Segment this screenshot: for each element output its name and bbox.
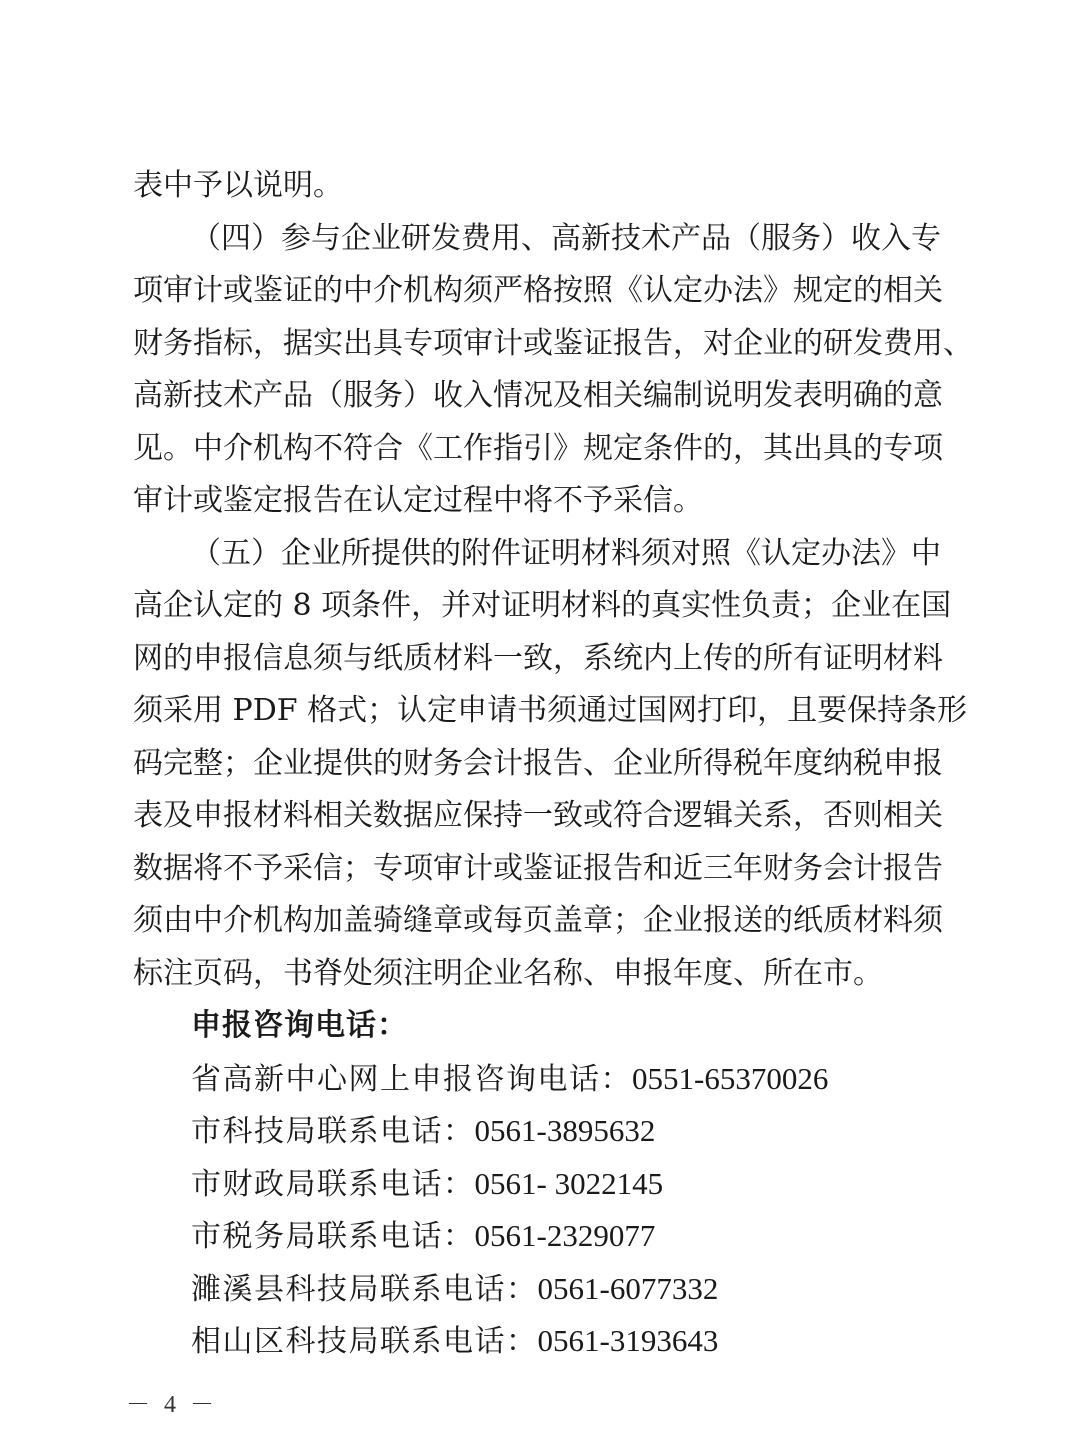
paragraph-line: 标注页码，书脊处须注明企业名称、申报年度、所在市。 — [133, 948, 923, 1001]
paragraph-line: 见。中介机构不符合《工作指引》规定条件的，其出具的专项 — [133, 423, 923, 476]
paragraph-continuation-line: 表中予以说明。 — [133, 160, 923, 213]
contact-item-xiangshan-science-bureau: 相山区科技局联系电话：0561-3193643 — [133, 1315, 923, 1368]
paragraph-line: 财务指标，据实出具专项审计或鉴证报告，对企业的研发费用、 — [133, 318, 923, 371]
paragraph-line: 网的申报信息须与纸质材料一致，系统内上传的所有证明材料 — [133, 633, 923, 686]
contact-phone: 0561-6077332 — [538, 1271, 719, 1306]
paragraph-line: 高新技术产品（服务）收入情况及相关编制说明发表明确的意 — [133, 370, 923, 423]
paragraph-line: 高企认定的 8 项条件，并对证明材料的真实性负责；企业在国 — [133, 580, 923, 633]
contact-label: 市财政局联系电话： — [191, 1167, 475, 1202]
paragraph-line: 表及申报材料相关数据应保持一致或符合逻辑关系，否则相关 — [133, 790, 923, 843]
paragraph-line: （五）企业所提供的附件证明材料须对照《认定办法》中 — [133, 528, 923, 581]
paragraph-line: 须采用 PDF 格式；认定申请书须通过国网打印，且要保持条形 — [133, 685, 923, 738]
contact-phone: 0561-3193643 — [538, 1323, 719, 1358]
paragraph-line: 码完整；企业提供的财务会计报告、企业所得税年度纳税申报 — [133, 738, 923, 791]
contact-heading: 申报咨询电话： — [133, 1000, 923, 1053]
document-body: 表中予以说明。 （四）参与企业研发费用、高新技术产品（服务）收入专 项审计或鉴证… — [133, 160, 923, 1368]
contact-phone: 0561-3895632 — [475, 1113, 656, 1148]
page-number: － 4 － — [126, 1384, 218, 1419]
contact-item-suixi-science-bureau: 濉溪县科技局联系电话：0561-6077332 — [133, 1263, 923, 1316]
paragraph-line: 数据将不予采信；专项审计或鉴证报告和近三年财务会计报告 — [133, 843, 923, 896]
contact-phone: 0551-65370026 — [632, 1061, 828, 1096]
contact-phone: 0561- 3022145 — [475, 1166, 664, 1201]
paragraph-line: 项审计或鉴证的中介机构须严格按照《认定办法》规定的相关 — [133, 265, 923, 318]
contact-label: 濉溪县科技局联系电话： — [191, 1272, 538, 1307]
paragraph-line: 审计或鉴定报告在认定过程中将不予采信。 — [133, 475, 923, 528]
paragraph-line: 须由中介机构加盖骑缝章或每页盖章；企业报送的纸质材料须 — [133, 895, 923, 948]
contact-item-city-tax-bureau: 市税务局联系电话：0561-2329077 — [133, 1210, 923, 1263]
paragraph-4: （四）参与企业研发费用、高新技术产品（服务）收入专 项审计或鉴证的中介机构须严格… — [133, 213, 923, 528]
contact-item-provincial-center: 省高新中心网上申报咨询电话：0551-65370026 — [133, 1053, 923, 1106]
contact-phone: 0561-2329077 — [475, 1218, 656, 1253]
document-page: 表中予以说明。 （四）参与企业研发费用、高新技术产品（服务）收入专 项审计或鉴证… — [0, 0, 1080, 1454]
paragraph-line: （四）参与企业研发费用、高新技术产品（服务）收入专 — [133, 213, 923, 266]
contact-item-city-finance-bureau: 市财政局联系电话：0561- 3022145 — [133, 1158, 923, 1211]
contact-label: 省高新中心网上申报咨询电话： — [191, 1062, 632, 1097]
contact-label: 市科技局联系电话： — [191, 1114, 475, 1149]
contact-label: 市税务局联系电话： — [191, 1219, 475, 1254]
contact-item-city-science-bureau: 市科技局联系电话：0561-3895632 — [133, 1105, 923, 1158]
paragraph-5: （五）企业所提供的附件证明材料须对照《认定办法》中 高企认定的 8 项条件，并对… — [133, 528, 923, 1001]
contact-label: 相山区科技局联系电话： — [191, 1324, 538, 1359]
contact-section: 申报咨询电话： 省高新中心网上申报咨询电话：0551-65370026 市科技局… — [133, 1000, 923, 1368]
